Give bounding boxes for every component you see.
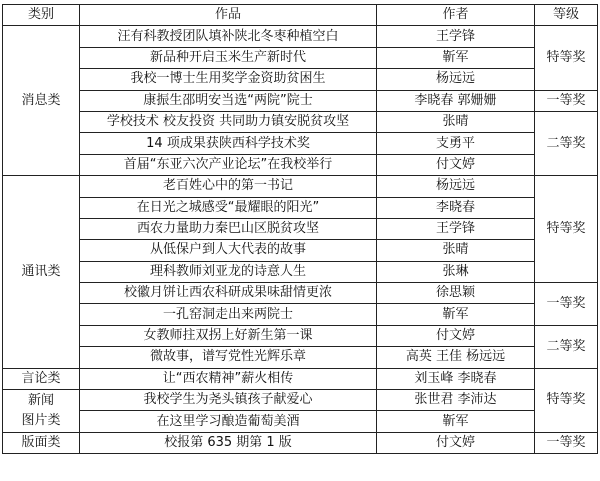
author-cell: 付文婷 bbox=[377, 325, 535, 346]
work-cell: 理科教师刘亚龙的诗意人生 bbox=[80, 261, 377, 282]
author-cell: 王学锋 bbox=[377, 26, 535, 47]
table-row: 新闻 图片类 我校学生为尧头镇孩子献爱心 张世君 李沛达 bbox=[3, 390, 598, 411]
author-cell: 付文婷 bbox=[377, 154, 535, 175]
category-line-1: 新闻 bbox=[3, 391, 79, 411]
header-row: 类别 作品 作者 等级 bbox=[3, 5, 598, 26]
level-cell: 二等奖 bbox=[535, 111, 598, 175]
table-row: 理科教师刘亚龙的诗意人生 张琳 bbox=[3, 261, 598, 282]
work-cell: 14 项成果获陕西科学技术奖 bbox=[80, 133, 377, 154]
table-row: 新品种开启玉米生产新时代 靳军 bbox=[3, 47, 598, 68]
table-row: 在这里学习酿造葡萄美酒 靳军 bbox=[3, 411, 598, 432]
table-row: 版面类 校报第 635 期第 1 版 付文婷 一等奖 bbox=[3, 432, 598, 453]
work-cell: 我校学生为尧头镇孩子献爱心 bbox=[80, 390, 377, 411]
work-cell: 老百姓心中的第一书记 bbox=[80, 176, 377, 197]
level-cell: 一等奖 bbox=[535, 432, 598, 453]
work-cell: 从低保户到人大代表的故事 bbox=[80, 240, 377, 261]
awards-table: 类别 作品 作者 等级 消息类 汪有科教授团队填补陕北冬枣种植空白 王学锋 特等… bbox=[2, 4, 598, 454]
work-cell: 康振生邵明安当选“两院”院士 bbox=[80, 90, 377, 111]
level-cell: 一等奖 bbox=[535, 90, 598, 111]
header-level: 等级 bbox=[535, 5, 598, 26]
level-cell: 特等奖 bbox=[535, 368, 598, 432]
author-cell: 王学锋 bbox=[377, 218, 535, 239]
work-cell: 西农力量助力秦巴山区脱贫攻坚 bbox=[80, 218, 377, 239]
category-cell-layout: 版面类 bbox=[3, 432, 80, 453]
work-cell: 微故事，谱写党性光辉乐章 bbox=[80, 347, 377, 368]
author-cell: 刘玉峰 李晓春 bbox=[377, 368, 535, 389]
work-cell: 女教师拄双拐上好新生第一课 bbox=[80, 325, 377, 346]
work-cell: 在这里学习酿造葡萄美酒 bbox=[80, 411, 377, 432]
table-row: 从低保户到人大代表的故事 张晴 bbox=[3, 240, 598, 261]
work-cell: 一孔窑洞走出来两院士 bbox=[80, 304, 377, 325]
work-cell: 首届“东亚六次产业论坛”在我校举行 bbox=[80, 154, 377, 175]
table-row: 女教师拄双拐上好新生第一课 付文婷 二等奖 bbox=[3, 325, 598, 346]
table-row: 校徽月饼让西农科研成果味甜情更浓 徐思颖 一等奖 bbox=[3, 283, 598, 304]
level-cell: 二等奖 bbox=[535, 325, 598, 368]
level-cell: 特等奖 bbox=[535, 176, 598, 283]
level-cell: 特等奖 bbox=[535, 26, 598, 90]
table-row: 微故事，谱写党性光辉乐章 高英 王佳 杨远远 bbox=[3, 347, 598, 368]
author-cell: 张世君 李沛达 bbox=[377, 390, 535, 411]
table-row: 言论类 让“西农精神”薪火相传 刘玉峰 李晓春 特等奖 bbox=[3, 368, 598, 389]
work-cell: 学校技术 校友投资 共同助力镇安脱贫攻坚 bbox=[80, 111, 377, 132]
category-cell-feature: 通讯类 bbox=[3, 176, 80, 369]
table-row: 14 项成果获陕西科学技术奖 支勇平 bbox=[3, 133, 598, 154]
author-cell: 付文婷 bbox=[377, 432, 535, 453]
table-row: 首届“东亚六次产业论坛”在我校举行 付文婷 bbox=[3, 154, 598, 175]
header-work: 作品 bbox=[80, 5, 377, 26]
author-cell: 高英 王佳 杨远远 bbox=[377, 347, 535, 368]
author-cell: 杨远远 bbox=[377, 176, 535, 197]
author-cell: 张晴 bbox=[377, 240, 535, 261]
level-cell: 一等奖 bbox=[535, 283, 598, 326]
table-row: 消息类 汪有科教授团队填补陕北冬枣种植空白 王学锋 特等奖 bbox=[3, 26, 598, 47]
work-cell: 让“西农精神”薪火相传 bbox=[80, 368, 377, 389]
category-line-2: 图片类 bbox=[3, 411, 79, 431]
work-cell: 汪有科教授团队填补陕北冬枣种植空白 bbox=[80, 26, 377, 47]
author-cell: 靳军 bbox=[377, 47, 535, 68]
author-cell: 支勇平 bbox=[377, 133, 535, 154]
table-row: 一孔窑洞走出来两院士 靳军 bbox=[3, 304, 598, 325]
table-row: 通讯类 老百姓心中的第一书记 杨远远 特等奖 bbox=[3, 176, 598, 197]
author-cell: 张琳 bbox=[377, 261, 535, 282]
author-cell: 张晴 bbox=[377, 111, 535, 132]
author-cell: 徐思颖 bbox=[377, 283, 535, 304]
author-cell: 李晓春 郭姗姗 bbox=[377, 90, 535, 111]
category-cell-news: 消息类 bbox=[3, 26, 80, 176]
table-row: 西农力量助力秦巴山区脱贫攻坚 王学锋 bbox=[3, 218, 598, 239]
table-row: 康振生邵明安当选“两院”院士 李晓春 郭姗姗 一等奖 bbox=[3, 90, 598, 111]
category-cell-opinion: 言论类 bbox=[3, 368, 80, 389]
author-cell: 李晓春 bbox=[377, 197, 535, 218]
author-cell: 靳军 bbox=[377, 411, 535, 432]
author-cell: 杨远远 bbox=[377, 69, 535, 90]
table-row: 在日光之城感受“最耀眼的阳光” 李晓春 bbox=[3, 197, 598, 218]
header-author: 作者 bbox=[377, 5, 535, 26]
table-row: 学校技术 校友投资 共同助力镇安脱贫攻坚 张晴 二等奖 bbox=[3, 111, 598, 132]
work-cell: 在日光之城感受“最耀眼的阳光” bbox=[80, 197, 377, 218]
work-cell: 校徽月饼让西农科研成果味甜情更浓 bbox=[80, 283, 377, 304]
work-cell: 校报第 635 期第 1 版 bbox=[80, 432, 377, 453]
table-row: 我校一博士生用奖学金资助贫困生 杨远远 bbox=[3, 69, 598, 90]
work-cell: 我校一博士生用奖学金资助贫困生 bbox=[80, 69, 377, 90]
category-cell-news-photo: 新闻 图片类 bbox=[3, 390, 80, 433]
header-category: 类别 bbox=[3, 5, 80, 26]
work-cell: 新品种开启玉米生产新时代 bbox=[80, 47, 377, 68]
author-cell: 靳军 bbox=[377, 304, 535, 325]
